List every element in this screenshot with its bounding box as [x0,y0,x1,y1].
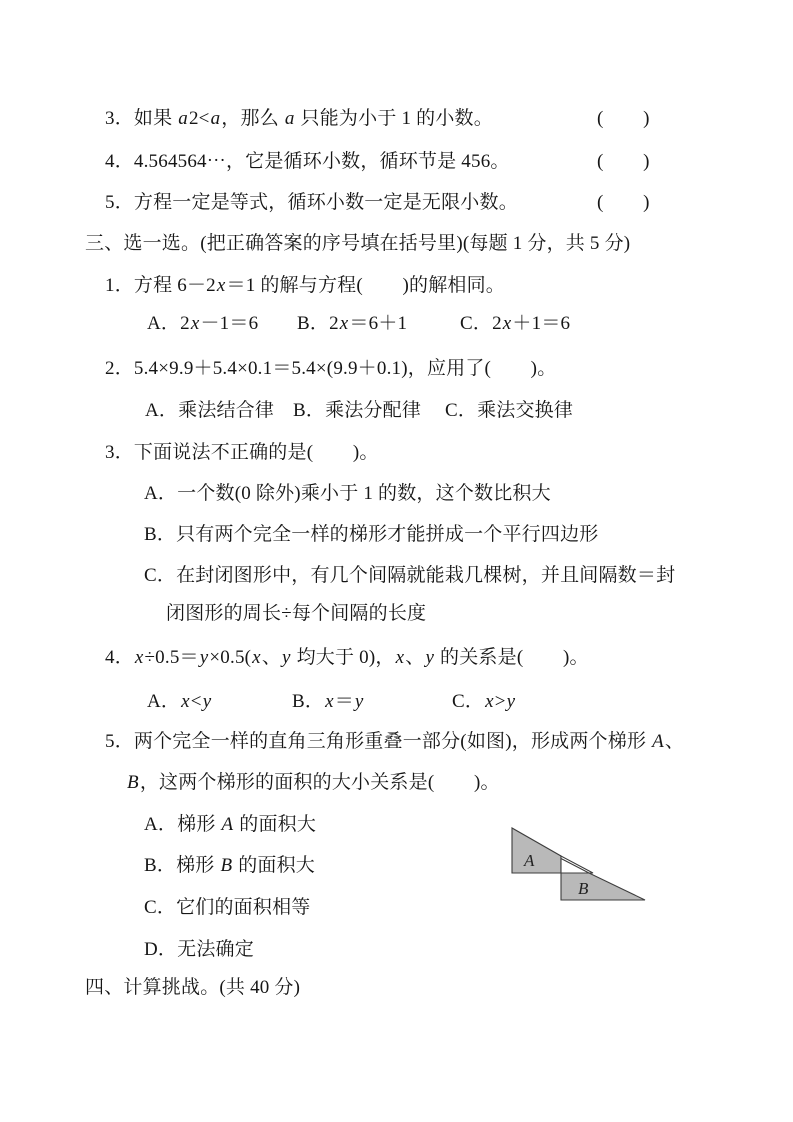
q3-option-b: B．只有两个完全一样的梯形才能拼成一个平行四边形 [144,522,598,547]
overlapping-triangles-figure: A B [498,816,658,911]
q3-option-c-line1: C．在封闭图形中，有几个间隔就能栽几棵树，并且间隔数＝封 [144,563,675,588]
q3-option-a: A．一个数(0 除外)乘小于 1 的数，这个数比积大 [144,481,551,506]
q1-option-c: C．2x＋1＝6 [460,311,570,336]
q5-stem-line1: 5．两个完全一样的直角三角形重叠一部分(如图)，形成两个梯形 A、 [105,729,684,754]
tf-item-4: 4．4.564564⋯，它是循环小数，循环节是 456。 [105,149,510,174]
figure-label-b: B [578,879,589,898]
q5-option-a: A．梯形 A 的面积大 [144,812,316,837]
overlap-triangle [561,856,593,873]
trapezoid-a [512,828,561,873]
q1-option-b: B．2x＝6＋1 [297,311,407,336]
q1-option-a: A．2x－1＝6 [147,311,258,336]
tf-item-3-answer-slot: ( ) [597,106,650,131]
q4-stem: 4．x÷0.5＝y×0.5(x、y 均大于 0)，x、y 的关系是( )。 [105,645,589,670]
q3-stem: 3．下面说法不正确的是( )。 [105,440,379,465]
section-three-heading: 三、选一选。(把正确答案的序号填在括号里)(每题 1 分，共 5 分) [85,231,630,256]
q4-option-b: B．x＝y [292,689,365,714]
q3-option-c-line2: 闭图形的周长÷每个间隔的长度 [166,601,426,626]
trapezoid-b [561,873,645,900]
exam-page: 3．如果 a2<a，那么 a 只能为小于 1 的小数。 ( ) 4．4.5645… [0,0,793,1122]
q2-option-c: C．乘法交换律 [445,398,573,423]
q5-option-d: D．无法确定 [144,937,254,962]
q5-stem-line2: B，这两个梯形的面积的大小关系是( )。 [126,770,500,795]
q4-option-c: C．x>y [452,689,516,714]
section-four-heading: 四、计算挑战。(共 40 分) [85,975,300,1000]
q4-option-a: A．x<y [147,689,212,714]
q5-option-b: B．梯形 B 的面积大 [144,853,315,878]
q1-stem: 1．方程 6－2x＝1 的解与方程( )的解相同。 [105,273,505,298]
q2-option-a: A．乘法结合律 [145,398,274,423]
figure-label-a: A [523,851,535,870]
q2-option-b: B．乘法分配律 [293,398,421,423]
tf-item-5-answer-slot: ( ) [597,190,650,215]
q2-stem: 2．5.4×9.9＋5.4×0.1＝5.4×(9.9＋0.1)，应用了( )。 [105,356,556,381]
tf-item-3: 3．如果 a2<a，那么 a 只能为小于 1 的小数。 [105,106,493,131]
tf-item-4-answer-slot: ( ) [597,149,650,174]
q5-option-c: C．它们的面积相等 [144,895,310,920]
tf-item-5: 5．方程一定是等式，循环小数一定是无限小数。 [105,190,518,215]
